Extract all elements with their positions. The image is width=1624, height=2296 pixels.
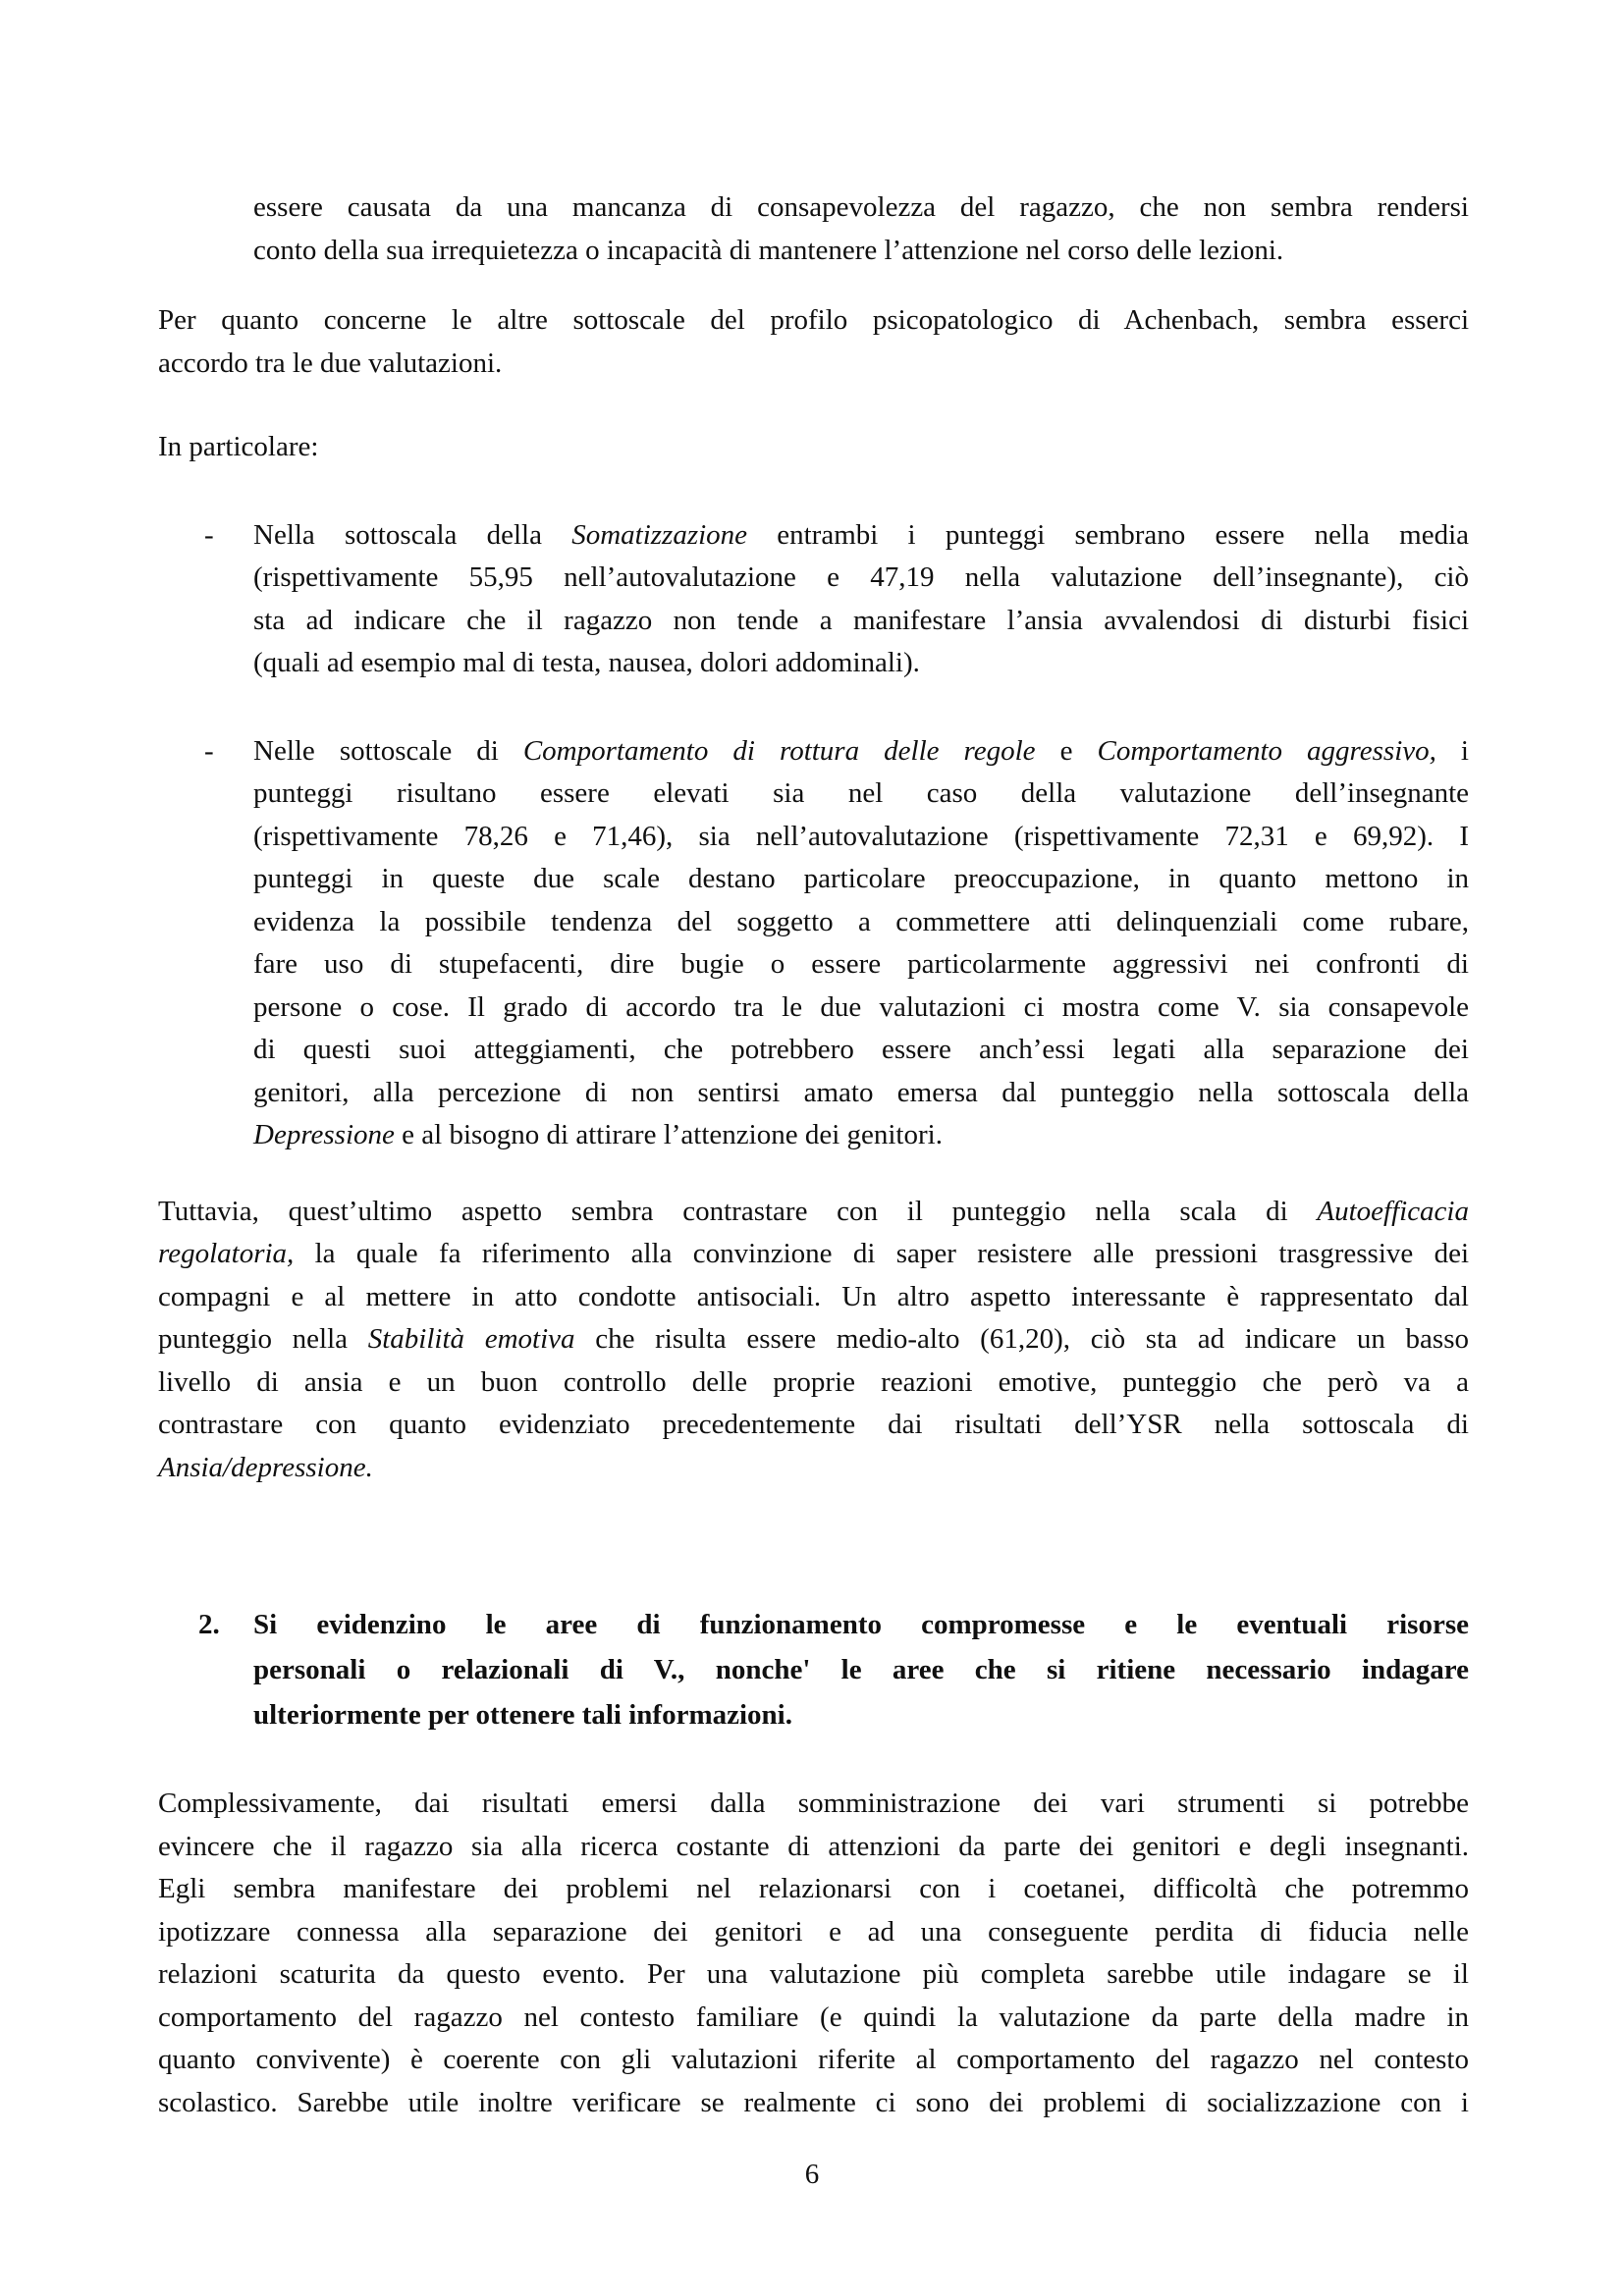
text-segment: entrambi i punteggi sembrano essere nell… [747,519,1469,551]
text-line: evidenza la possibile tendenza del sogge… [253,901,1469,944]
text-segment: Tuttavia, quest’ultimo aspetto sembra co… [158,1196,1317,1227]
text-line: Depressione e al bisogno di attirare l’a… [253,1114,1469,1157]
paragraph-achenbach: Per quanto concerne le altre sottoscale … [158,299,1469,385]
text-segment: i [1436,735,1469,767]
heading-question-2: 2.Si evidenzino le aree di funzionamento… [253,1602,1469,1737]
text-line: genitori, alla percezione di non sentirs… [253,1072,1469,1115]
page-number: 6 [0,2158,1624,2191]
text-line: compagni e al mettere in atto condotte a… [158,1276,1469,1319]
text-line: contrastare con quanto evidenziato prece… [158,1404,1469,1447]
paragraph-tuttavia: Tuttavia, quest’ultimo aspetto sembra co… [158,1191,1469,1490]
text-line: Egli sembra manifestare dei problemi nel… [158,1868,1469,1911]
text-segment: la quale fa riferimento alla convinzione… [294,1238,1469,1269]
text-segment: (rispettivamente 78,26 e 71,46), sia nel… [253,821,1469,852]
heading-number: 2. [198,1602,220,1647]
text-segment: Nella sottoscala della [253,519,571,551]
text-segment: Comportamento di rottura delle regole [523,735,1036,767]
text-segment: Nelle sottoscale di [253,735,523,767]
text-segment: conto della sua irrequietezza o incapaci… [253,235,1283,266]
bullet-comportamento: -Nelle sottoscale di Comportamento di ro… [253,730,1469,1157]
text-line: Per quanto concerne le altre sottoscale … [158,299,1469,343]
text-line: In particolare: [158,426,1469,469]
text-line: persone o cose. Il grado di accordo tra … [253,987,1469,1030]
text-line: (rispettivamente 78,26 e 71,46), sia nel… [253,816,1469,859]
text-segment: fare uso di stupefacenti, dire bugie o e… [253,948,1469,980]
text-segment: punteggi risultano essere elevati sia ne… [253,777,1469,809]
text-line: essere causata da una mancanza di consap… [253,187,1469,230]
text-segment: comportamento del ragazzo nel contesto f… [158,2002,1469,2033]
text-segment: ulteriormente per ottenere tali informaz… [253,1699,792,1731]
text-line: evincere che il ragazzo sia alla ricerca… [158,1826,1469,1869]
bullet-somatizzazione: -Nella sottoscala della Somatizzazione e… [253,514,1469,685]
document-page: essere causata da una mancanza di consap… [0,0,1624,2296]
text-segment: evidenza la possibile tendenza del sogge… [253,906,1469,937]
text-segment: Somatizzazione [571,519,747,551]
text-segment: genitori, alla percezione di non sentirs… [253,1077,1469,1108]
text-segment: quanto convivente) è coerente con gli va… [158,2044,1469,2075]
text-line: scolastico. Sarebbe utile inoltre verifi… [158,2082,1469,2125]
text-segment: Complessivamente, dai risultati emersi d… [158,1788,1469,1819]
bullet-marker: - [204,730,214,774]
text-line: comportamento del ragazzo nel contesto f… [158,1997,1469,2040]
text-line: ipotizzare connessa alla separazione dei… [158,1911,1469,1954]
document-content: essere causata da una mancanza di consap… [158,187,1469,2124]
text-segment: (quali ad esempio mal di testa, nausea, … [253,647,920,678]
text-segment: Egli sembra manifestare dei problemi nel… [158,1873,1469,1904]
text-line: quanto convivente) è coerente con gli va… [158,2039,1469,2082]
text-segment: relazioni scaturita da questo evento. Pe… [158,1958,1469,1990]
text-line: punteggi in queste due scale destano par… [253,858,1469,901]
text-line: ulteriormente per ottenere tali informaz… [253,1692,1469,1737]
text-segment: regolatoria, [158,1238,294,1269]
text-segment: Si evidenzino le aree di funzionamento c… [253,1609,1469,1640]
text-segment: punteggi in queste due scale destano par… [253,863,1469,894]
text-line: (quali ad esempio mal di testa, nausea, … [253,642,1469,685]
text-line: di questi suoi atteggiamenti, che potreb… [253,1029,1469,1072]
text-line: (rispettivamente 55,95 nell’autovalutazi… [253,557,1469,600]
text-segment: di questi suoi atteggiamenti, che potreb… [253,1034,1469,1065]
text-segment: personali o relazionali di V., nonche' l… [253,1654,1469,1685]
text-line: relazioni scaturita da questo evento. Pe… [158,1953,1469,1997]
text-line: Tuttavia, quest’ultimo aspetto sembra co… [158,1191,1469,1234]
text-segment: e al bisogno di attirare l’attenzione de… [395,1119,943,1150]
text-segment: Stabilità emotiva [368,1323,575,1355]
text-segment: Per quanto concerne le altre sottoscale … [158,304,1469,336]
text-line: fare uso di stupefacenti, dire bugie o e… [253,943,1469,987]
text-line: Ansia/depressione. [158,1447,1469,1490]
text-line: Nella sottoscala della Somatizzazione en… [253,514,1469,558]
text-segment: accordo tra le due valutazioni. [158,347,502,379]
text-segment: persone o cose. Il grado di accordo tra … [253,991,1469,1023]
text-line: Nelle sottoscale di Comportamento di rot… [253,730,1469,774]
text-segment: Depressione [253,1119,395,1150]
text-line: livello di ansia e un buon controllo del… [158,1362,1469,1405]
text-segment: (rispettivamente 55,95 nell’autovalutazi… [253,561,1469,593]
text-segment: essere causata da una mancanza di consap… [253,191,1469,223]
text-line: Complessivamente, dai risultati emersi d… [158,1783,1469,1826]
text-segment: ipotizzare connessa alla separazione dei… [158,1916,1469,1948]
text-line: punteggi risultano essere elevati sia ne… [253,773,1469,816]
text-segment: compagni e al mettere in atto condotte a… [158,1281,1469,1312]
text-segment: Comportamento aggressivo, [1098,735,1436,767]
text-segment: livello di ansia e un buon controllo del… [158,1366,1469,1398]
text-segment: Autoefficacia [1317,1196,1469,1227]
text-segment: evincere che il ragazzo sia alla ricerca… [158,1831,1469,1862]
text-line: Si evidenzino le aree di funzionamento c… [253,1602,1469,1647]
text-line: punteggio nella Stabilità emotiva che ri… [158,1318,1469,1362]
text-segment: che risulta essere medio-alto (61,20), c… [575,1323,1469,1355]
text-line: personali o relazionali di V., nonche' l… [253,1647,1469,1692]
text-line: conto della sua irrequietezza o incapaci… [253,230,1469,273]
text-segment: In particolare: [158,431,318,462]
paragraph-continuation: essere causata da una mancanza di consap… [253,187,1469,272]
text-segment: Ansia/depressione. [158,1452,373,1483]
text-segment: e [1036,735,1098,767]
bullet-marker: - [204,514,214,558]
text-line: regolatoria, la quale fa riferimento all… [158,1233,1469,1276]
text-segment: scolastico. Sarebbe utile inoltre verifi… [158,2087,1469,2118]
text-segment: sta ad indicare che il ragazzo non tende… [253,605,1469,636]
text-line: sta ad indicare che il ragazzo non tende… [253,600,1469,643]
paragraph-complessivamente: Complessivamente, dai risultati emersi d… [158,1783,1469,2124]
paragraph-in-particolare: In particolare: [158,426,1469,469]
text-segment: punteggio nella [158,1323,368,1355]
text-segment: contrastare con quanto evidenziato prece… [158,1409,1469,1440]
text-line: accordo tra le due valutazioni. [158,343,1469,386]
